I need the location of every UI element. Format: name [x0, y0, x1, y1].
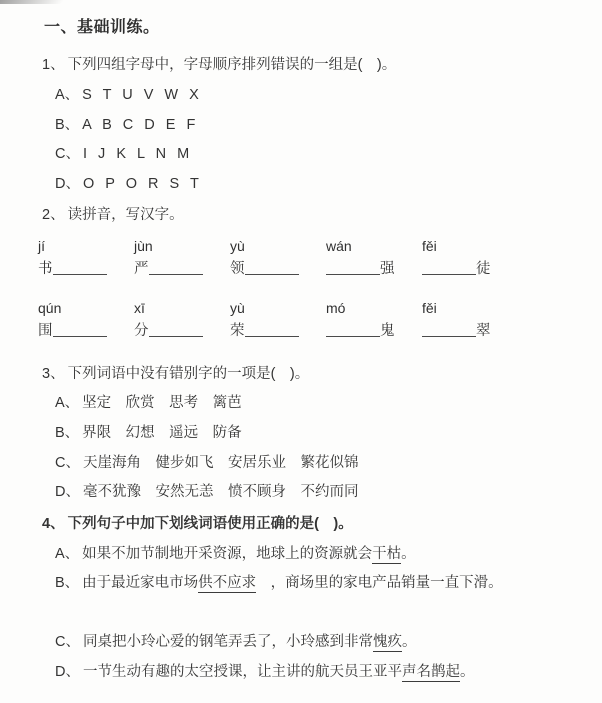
- answer-blank: [326, 324, 380, 337]
- hanzi-before: 领: [230, 261, 245, 277]
- pinyin-label: jí: [38, 238, 134, 254]
- hanzi-with-blank: 书: [38, 261, 134, 278]
- q1-option-a-label: A、: [55, 87, 79, 103]
- pinyin-row-2: qún 围 xī 分 yù 荣 mó 鬼 fěi 翠: [38, 300, 582, 340]
- q3-option-d-label: D、: [55, 484, 80, 500]
- question-3-number: 3、: [42, 366, 65, 382]
- pinyin-label: fěi: [422, 238, 518, 254]
- pinyin-label: qún: [38, 300, 134, 316]
- question-4-stem: 下列句子中加下划线词语使用正确的是( )。: [68, 516, 353, 532]
- answer-blank: [149, 324, 203, 337]
- answer-blank: [53, 324, 107, 337]
- q4-option-a-pre: 如果不加节制地开采资源，地球上的资源就会: [82, 546, 372, 562]
- q4-option-b: B、由于最近家电市场供不应求 ，商场里的家电产品销量一直下滑。: [55, 575, 582, 592]
- pinyin-cell: xī 分: [134, 300, 230, 340]
- q4-option-c: C、同桌把小玲心爱的钢笔弄丢了，小玲感到非常愧疚。: [55, 634, 582, 651]
- q1-option-b: B、A B C D E F: [55, 117, 582, 134]
- pinyin-cell: yù 领: [230, 238, 326, 278]
- pinyin-label: yù: [230, 300, 326, 316]
- hanzi-before: 分: [134, 323, 149, 339]
- q3-option-c: C、天崖海角 健步如飞 安居乐业 繁花似锦: [55, 455, 582, 472]
- pinyin-label: jùn: [134, 238, 230, 254]
- question-2-number: 2、: [42, 207, 65, 223]
- q4-option-d-pre: 一节生动有趣的太空授课，让主讲的航天员王亚平: [83, 664, 402, 680]
- hanzi-after: 翠: [476, 323, 491, 339]
- question-1: 1、下列四组字母中，字母顺序排列错误的一组是( )。 A、S T U V W X…: [42, 57, 582, 192]
- answer-blank: [326, 262, 380, 275]
- hanzi-before: 书: [38, 261, 53, 277]
- q3-option-d-text: 毫不犹豫 安然无恙 愤不顾身 不约而同: [83, 484, 359, 500]
- q4-option-b-label: B、: [55, 575, 79, 591]
- hanzi-with-blank: 严: [134, 261, 230, 278]
- q1-option-d-text: O P O R S T: [83, 176, 202, 192]
- q4-option-c-underlined-word: 愧疚: [373, 634, 402, 652]
- q4-option-a-post: 。: [401, 546, 416, 562]
- q4-option-b-underlined-word: 供不应求: [198, 575, 256, 593]
- q1-option-d: D、O P O R S T: [55, 176, 582, 193]
- hanzi-with-blank: 鬼: [326, 323, 422, 340]
- question-4: 4、下列句子中加下划线词语使用正确的是( )。 A、如果不加节制地开采资源，地球…: [42, 516, 582, 680]
- pinyin-label: fěi: [422, 300, 518, 316]
- answer-blank: [422, 262, 476, 275]
- pinyin-label: mó: [326, 300, 422, 316]
- q1-option-a-text: S T U V W X: [82, 87, 202, 103]
- q3-option-c-label: C、: [55, 455, 80, 471]
- q3-option-d: D、毫不犹豫 安然无恙 愤不顾身 不约而同: [55, 484, 582, 501]
- answer-blank: [245, 324, 299, 337]
- question-4-number: 4、: [42, 516, 65, 532]
- answer-blank: [245, 262, 299, 275]
- q4-option-d-underlined-word: 声名鹊起: [402, 664, 460, 682]
- hanzi-before: 荣: [230, 323, 245, 339]
- question-3-text: 3、下列词语中没有错别字的一项是( )。: [42, 366, 582, 383]
- answer-blank: [53, 262, 107, 275]
- worksheet-page: 一、基础训练。 1、下列四组字母中，字母顺序排列错误的一组是( )。 A、S T…: [0, 0, 602, 703]
- hanzi-with-blank: 强: [326, 261, 422, 278]
- question-2-text: 2、读拼音，写汉字。: [42, 207, 582, 224]
- hanzi-with-blank: 分: [134, 323, 230, 340]
- q3-option-b-text: 界限 幻想 遥远 防备: [82, 425, 242, 441]
- q4-option-c-post: 。: [402, 634, 417, 650]
- pinyin-label: wán: [326, 238, 422, 254]
- question-3-stem: 下列词语中没有错别字的一项是( )。: [68, 366, 310, 382]
- q4-option-d-label: D、: [55, 664, 80, 680]
- answer-blank: [422, 324, 476, 337]
- q4-option-b-post: ，商场里的家电产品销量一直下滑。: [256, 575, 503, 591]
- pinyin-cell: jí 书: [38, 238, 134, 278]
- question-1-stem: 下列四组字母中，字母顺序排列错误的一组是( )。: [68, 57, 397, 73]
- q4-option-d: D、一节生动有趣的太空授课，让主讲的航天员王亚平声名鹊起。: [55, 664, 582, 681]
- hanzi-before: 围: [38, 323, 53, 339]
- q4-option-a: A、如果不加节制地开采资源，地球上的资源就会干枯。: [55, 546, 582, 563]
- hanzi-with-blank: 领: [230, 261, 326, 278]
- question-1-number: 1、: [42, 57, 65, 73]
- pinyin-label: xī: [134, 300, 230, 316]
- hanzi-with-blank: 徒: [422, 261, 518, 278]
- pinyin-cell: jùn 严: [134, 238, 230, 278]
- answer-blank: [149, 262, 203, 275]
- question-4-text: 4、下列句子中加下划线词语使用正确的是( )。: [42, 516, 582, 533]
- section-title: 一、基础训练。: [44, 18, 582, 37]
- hanzi-with-blank: 围: [38, 323, 134, 340]
- pinyin-cell: yù 荣: [230, 300, 326, 340]
- q3-option-a-label: A、: [55, 395, 79, 411]
- pinyin-row-1: jí 书 jùn 严 yù 领 wán 强 fěi 徒: [38, 238, 582, 278]
- pinyin-cell: wán 强: [326, 238, 422, 278]
- pinyin-cell: fěi 翠: [422, 300, 518, 340]
- question-2-stem: 读拼音，写汉字。: [68, 207, 184, 223]
- q1-option-c-text: I J K L N M: [83, 146, 193, 162]
- hanzi-after: 强: [380, 261, 395, 277]
- hanzi-before: 严: [134, 261, 149, 277]
- hanzi-after: 鬼: [380, 323, 395, 339]
- hanzi-after: 徒: [476, 261, 491, 277]
- pinyin-cell: mó 鬼: [326, 300, 422, 340]
- q1-option-c-label: C、: [55, 146, 80, 162]
- pinyin-label: yù: [230, 238, 326, 254]
- pinyin-cell: qún 围: [38, 300, 134, 340]
- q3-option-a: A、坚定 欣赏 思考 篱芭: [55, 395, 582, 412]
- question-3: 3、下列词语中没有错别字的一项是( )。 A、坚定 欣赏 思考 篱芭 B、界限 …: [42, 366, 582, 501]
- q4-option-d-post: 。: [460, 664, 475, 680]
- question-2: 2、读拼音，写汉字。 jí 书 jùn 严 yù 领 wán 强 fěi 徒: [42, 207, 582, 340]
- pinyin-cell: fěi 徒: [422, 238, 518, 278]
- q1-option-c: C、I J K L N M: [55, 146, 582, 163]
- q3-option-b: B、界限 幻想 遥远 防备: [55, 425, 582, 442]
- q4-option-a-underlined-word: 干枯: [372, 546, 401, 564]
- hanzi-with-blank: 荣: [230, 323, 326, 340]
- q4-option-c-pre: 同桌把小玲心爱的钢笔弄丢了，小玲感到非常: [83, 634, 373, 650]
- q3-option-c-text: 天崖海角 健步如飞 安居乐业 繁花似锦: [83, 455, 359, 471]
- q1-option-d-label: D、: [55, 176, 80, 192]
- question-1-text: 1、下列四组字母中，字母顺序排列错误的一组是( )。: [42, 57, 582, 74]
- q3-option-b-label: B、: [55, 425, 79, 441]
- q4-option-a-label: A、: [55, 546, 79, 562]
- q1-option-a: A、S T U V W X: [55, 87, 582, 104]
- hanzi-with-blank: 翠: [422, 323, 518, 340]
- scan-smudge-artifact: [0, 0, 64, 4]
- q3-option-a-text: 坚定 欣赏 思考 篱芭: [82, 395, 242, 411]
- q1-option-b-text: A B C D E F: [82, 117, 199, 133]
- q4-option-c-label: C、: [55, 634, 80, 650]
- q4-option-b-pre: 由于最近家电市场: [82, 575, 198, 591]
- q1-option-b-label: B、: [55, 117, 79, 133]
